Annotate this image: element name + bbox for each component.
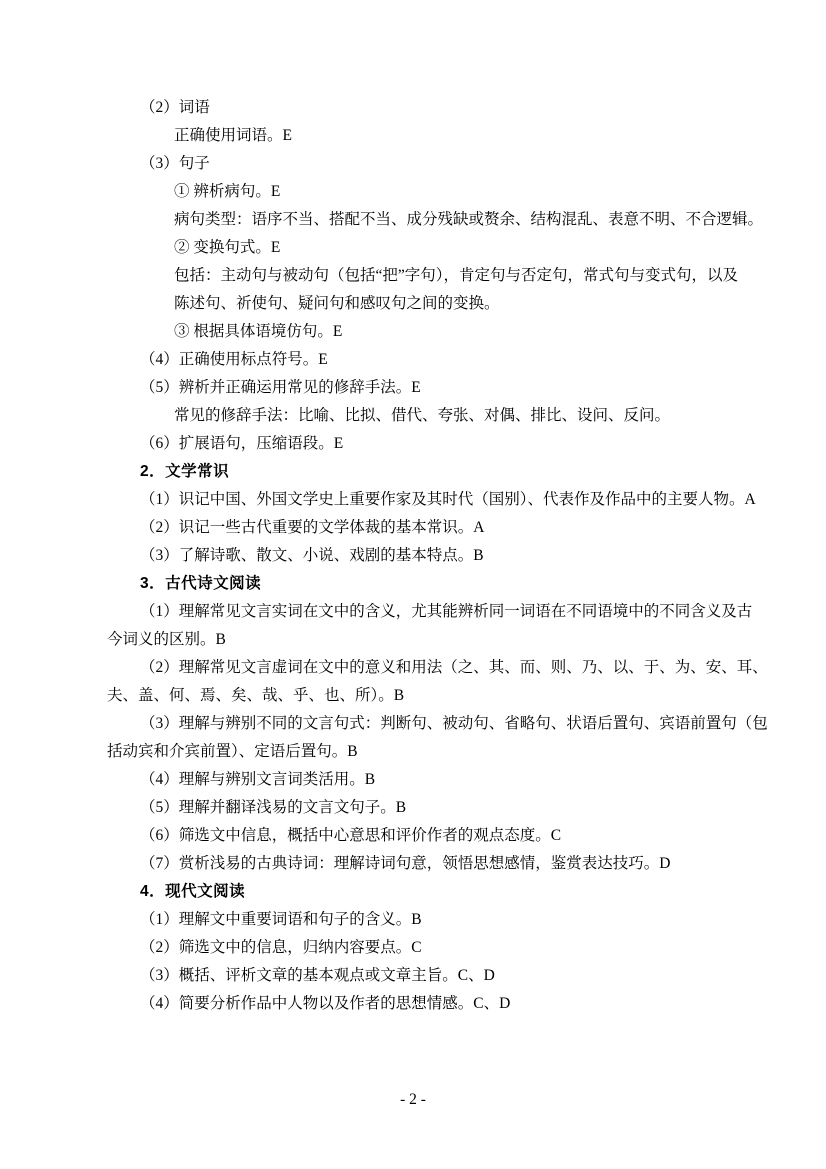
- text-line: （4）理解与辨别文言词类活用。B: [107, 766, 826, 794]
- text-line: 括动宾和介宾前置）、定语后置句。B: [107, 738, 826, 766]
- text-line: （3）句子: [107, 150, 826, 178]
- section-heading: 3．古代诗文阅读: [107, 570, 826, 598]
- text-line: （1）理解文中重要词语和句子的含义。B: [107, 906, 826, 934]
- text-line: 正确使用词语。E: [107, 122, 826, 150]
- text-line: （1）理解常见文言实词在文中的含义，尤其能辨析同一词语在不同语境中的不同含义及古: [107, 598, 826, 626]
- document-page: （2）词语正确使用词语。E（3）句子① 辨析病句。E病句类型：语序不当、搭配不当…: [0, 0, 826, 1169]
- text-line: 夫、盖、何、焉、矣、哉、乎、也、所）。B: [107, 682, 826, 710]
- text-line: （1）识记中国、外国文学史上重要作家及其时代（国别）、代表作及作品中的主要人物。…: [107, 486, 826, 514]
- text-line: 今词义的区别。B: [107, 626, 826, 654]
- text-line: （5）理解并翻译浅易的文言文句子。B: [107, 794, 826, 822]
- text-line: ① 辨析病句。E: [107, 178, 826, 206]
- text-line: （3）理解与辨别不同的文言句式：判断句、被动句、省略句、状语后置句、宾语前置句（…: [107, 710, 826, 738]
- text-line: （4）简要分析作品中人物以及作者的思想情感。C、D: [107, 990, 826, 1018]
- text-line: （3）了解诗歌、散文、小说、戏剧的基本特点。B: [107, 542, 826, 570]
- text-line: （2）识记一些古代重要的文学体裁的基本常识。A: [107, 514, 826, 542]
- page-footer: - 2 -: [0, 1086, 826, 1114]
- text-line: （7）赏析浅易的古典诗词：理解诗词句意，领悟思想感情，鉴赏表达技巧。D: [107, 850, 826, 878]
- text-line: （2）词语: [107, 94, 826, 122]
- text-line: 常见的修辞手法：比喻、比拟、借代、夸张、对偶、排比、设问、反问。: [107, 402, 826, 430]
- document-body: （2）词语正确使用词语。E（3）句子① 辨析病句。E病句类型：语序不当、搭配不当…: [107, 94, 826, 1018]
- text-line: （2）理解常见文言虚词在文中的意义和用法（之、其、而、则、乃、以、于、为、安、耳…: [107, 654, 826, 682]
- text-line: ② 变换句式。E: [107, 234, 826, 262]
- page-number: - 2 -: [400, 1091, 426, 1108]
- section-heading: 2．文学常识: [107, 458, 826, 486]
- text-line: （6）筛选文中信息，概括中心意思和评价作者的观点态度。C: [107, 822, 826, 850]
- text-line: 陈述句、祈使句、疑问句和感叹句之间的变换。: [107, 290, 826, 318]
- text-line: （2）筛选文中的信息，归纳内容要点。C: [107, 934, 826, 962]
- text-line: ③ 根据具体语境仿句。E: [107, 318, 826, 346]
- text-line: （4）正确使用标点符号。E: [107, 346, 826, 374]
- text-line: （3）概括、评析文章的基本观点或文章主旨。C、D: [107, 962, 826, 990]
- text-line: 病句类型：语序不当、搭配不当、成分残缺或赘余、结构混乱、表意不明、不合逻辑。: [107, 206, 826, 234]
- text-line: （6）扩展语句，压缩语段。E: [107, 430, 826, 458]
- section-heading: 4．现代文阅读: [107, 878, 826, 906]
- text-line: 包括：主动句与被动句（包括“把”字句），肯定句与否定句，常式句与变式句，以及: [107, 262, 826, 290]
- text-line: （5）辨析并正确运用常见的修辞手法。E: [107, 374, 826, 402]
